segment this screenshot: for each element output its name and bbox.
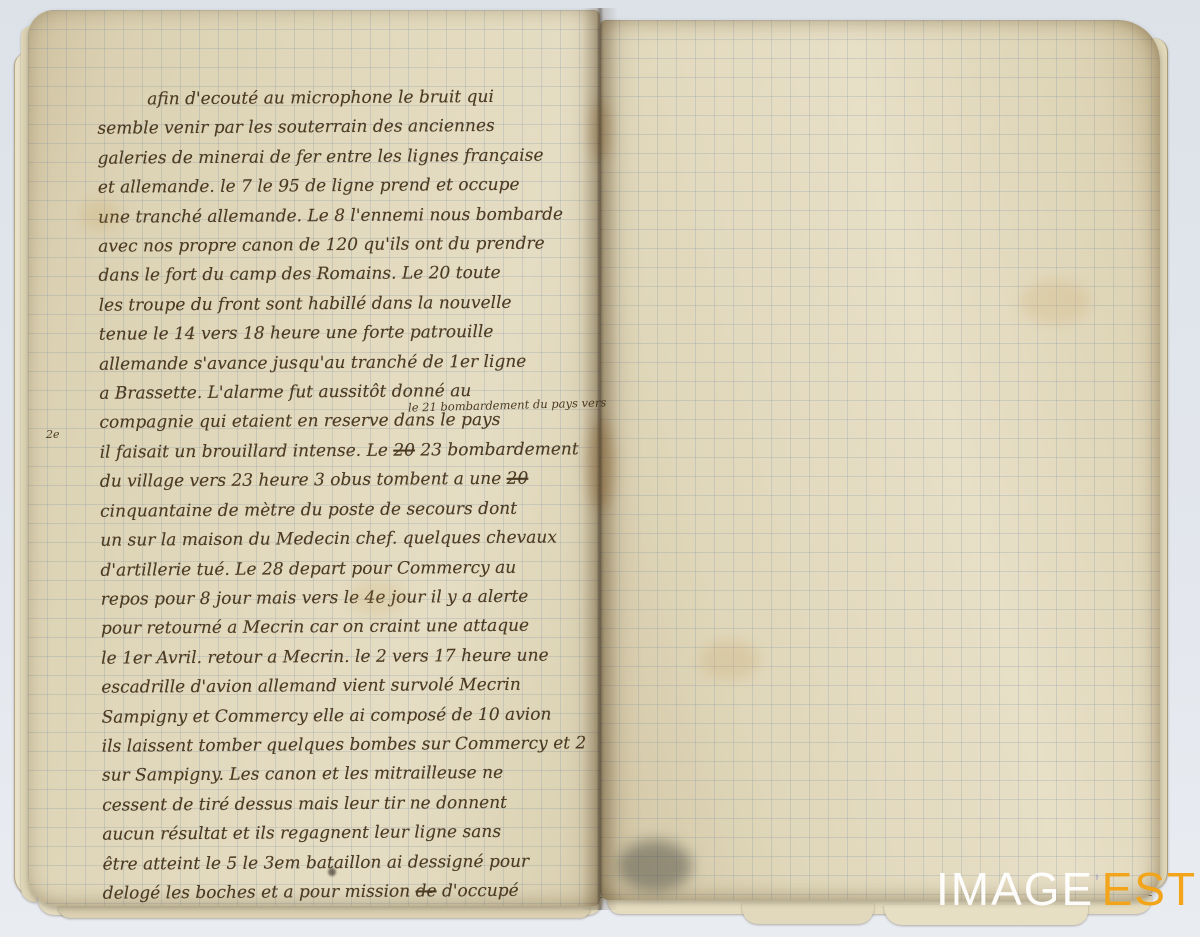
handwriting-line: cinquantaine de mètre du poste de secour… xyxy=(100,494,585,527)
scanned-notebook-photo: afin d'ecouté au microphone le bruit qui… xyxy=(0,0,1200,937)
handwriting-line: aucun résultat et ils regagnent leur lig… xyxy=(102,817,587,850)
handwriting-line: repos pour 8 jour mais vers le 4e jour i… xyxy=(101,582,586,615)
handwriting-line: sur Sampigny. Les canon et les mitraille… xyxy=(102,759,587,792)
handwriting-line: allemande s'avance jusqu'au tranché de 1… xyxy=(99,347,584,380)
margin-note: 2e xyxy=(46,428,60,441)
handwriting-line: Sampigny et Commercy elle ai composé de … xyxy=(101,700,586,733)
handwriting-line: une tranché allemande. Le 8 l'ennemi nou… xyxy=(98,200,583,233)
handwriting-line: dans le fort du camp des Romains. Le 20 … xyxy=(98,259,583,292)
handwriting-line: être atteint le 5 le 3em bataillon ai de… xyxy=(102,847,587,880)
handwriting-line: ils laissent tomber quelques bombes sur … xyxy=(102,729,587,762)
handwriting-line: galeries de minerai de fer entre les lig… xyxy=(98,141,583,174)
handwriting-line: d'artillerie tué. Le 28 depart pour Comm… xyxy=(100,553,585,586)
handwriting-line: et allemande. le 7 le 95 de ligne prend … xyxy=(98,171,583,204)
left-page-handwriting: afin d'ecouté au microphone le bruit qui… xyxy=(97,82,587,909)
handwriting-line: pour retourné a Mecrin car on craint une… xyxy=(101,612,586,645)
right-page: les entonnoir aussitôt apris l'explosion… xyxy=(600,20,1160,900)
image-est-watermark: IMAGE ’ EST xyxy=(936,862,1197,916)
handwriting-line: tenue le 14 vers 18 heure une forte patr… xyxy=(99,318,584,351)
handwriting-line: un sur la maison du Medecin chef. quelqu… xyxy=(100,523,585,556)
handwriting-line: les troupe du front sont habillé dans la… xyxy=(99,288,584,321)
handwriting-line: il faisait un brouillard intense. Le 20 … xyxy=(100,435,585,468)
watermark-apostrophe: ’ xyxy=(1094,870,1101,898)
left-page: afin d'ecouté au microphone le bruit qui… xyxy=(28,10,600,906)
watermark-text-image: IMAGE xyxy=(936,862,1094,916)
handwriting-line: escadrille d'avion allemand vient survol… xyxy=(101,670,586,703)
page-edge-tab xyxy=(742,903,874,924)
handwriting-line: avec nos propre canon de 120 qu'ils ont … xyxy=(98,229,583,262)
handwriting-line: cessent de tiré dessus mais leur tir ne … xyxy=(102,788,587,821)
handwriting-line: semble venir par les souterrain des anci… xyxy=(97,112,582,145)
watermark-text-est: EST xyxy=(1102,862,1197,916)
handwriting-line: le 1er Avril. retour a Mecrin. le 2 vers… xyxy=(101,641,586,674)
handwriting-line: afin d'ecouté au microphone le bruit qui xyxy=(97,82,582,115)
handwriting-line: delogé les boches et a pour mission de d… xyxy=(103,876,588,909)
handwriting-line: du village vers 23 heure 3 obus tombent … xyxy=(100,465,585,498)
